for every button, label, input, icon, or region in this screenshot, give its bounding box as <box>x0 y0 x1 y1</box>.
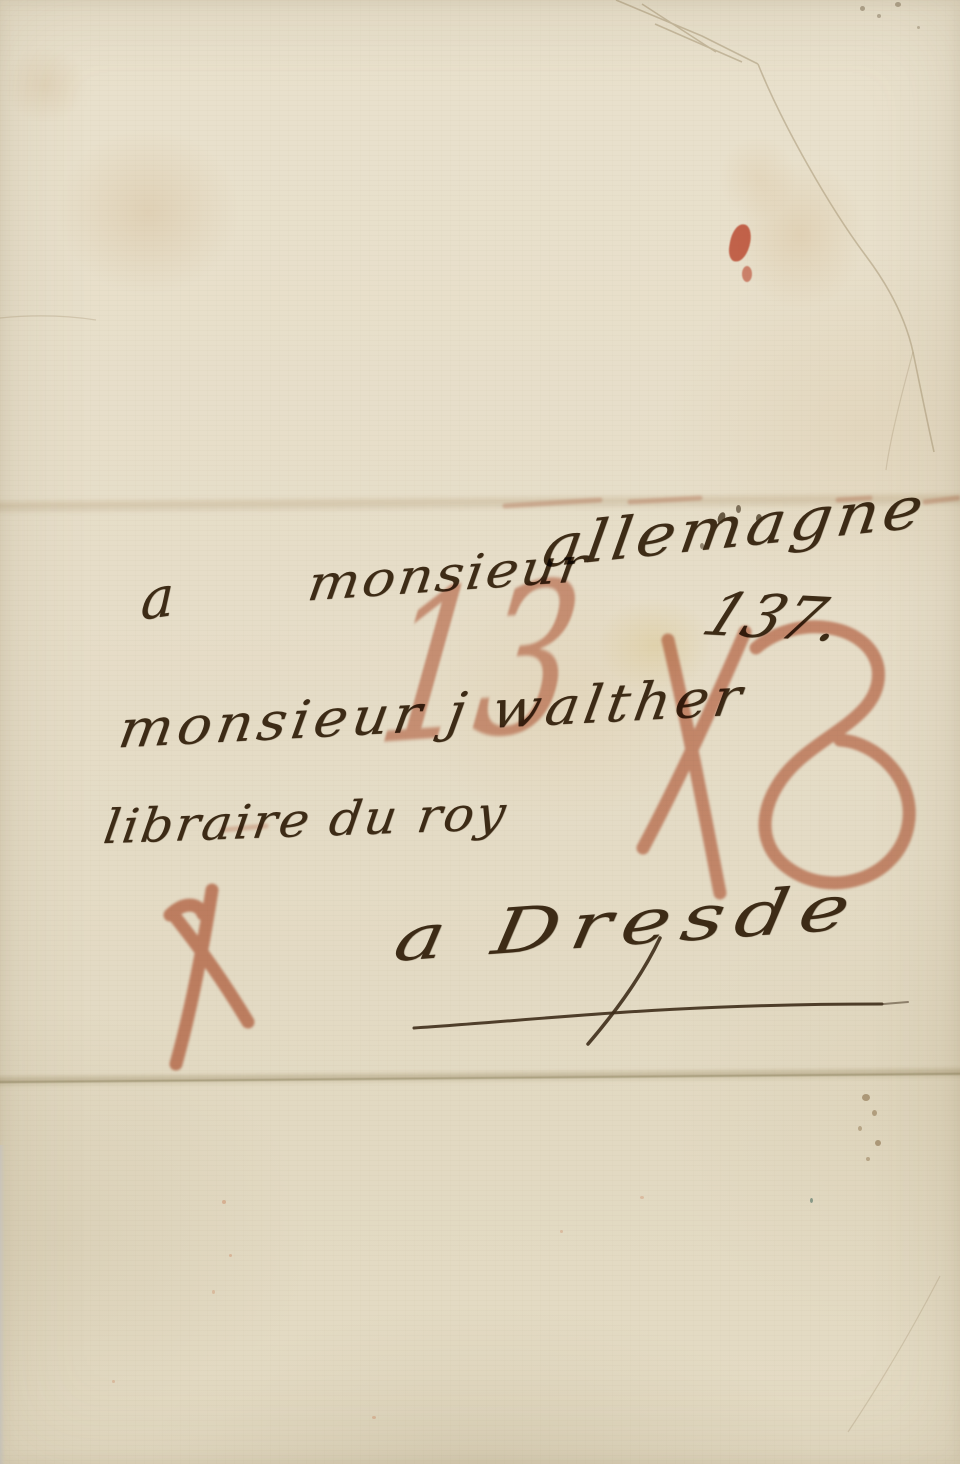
city-underline-flourish <box>0 0 960 1464</box>
paper-left-edge <box>0 1145 5 1464</box>
letter-cover-photo: 13 allemagne a monsieur 137. monsieur j … <box>0 0 960 1464</box>
